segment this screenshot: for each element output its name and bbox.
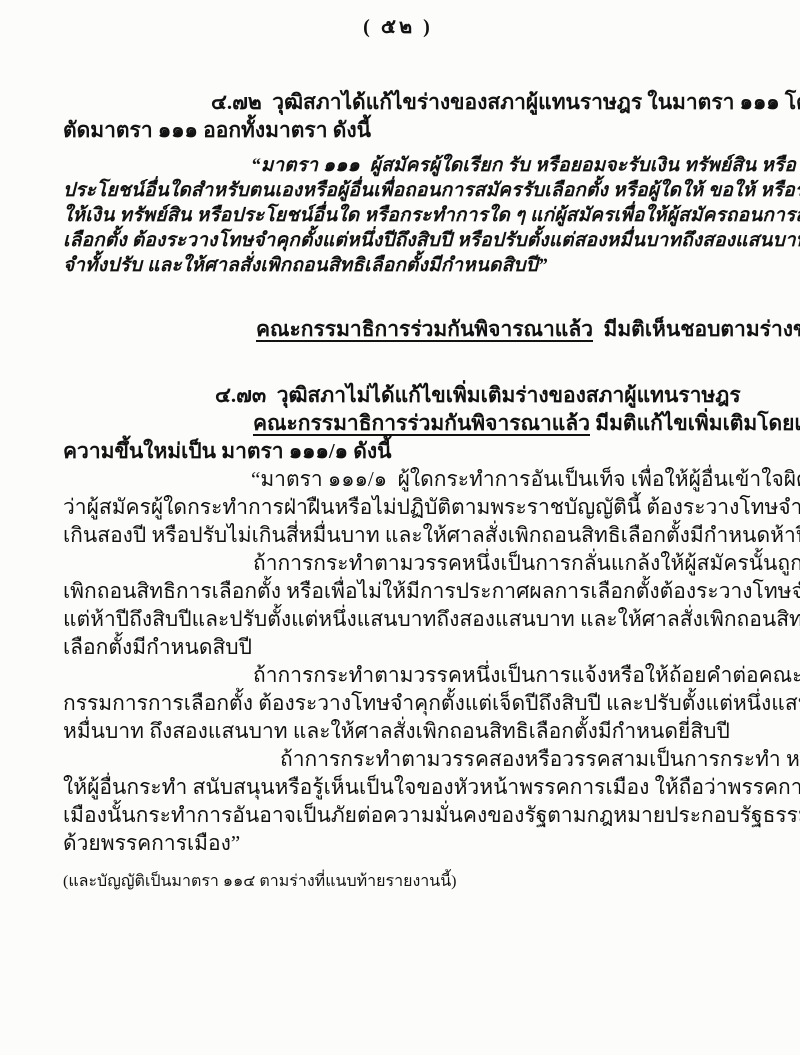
text-line: ด้วยพรรคการเมือง” — [63, 829, 743, 857]
para-473-heading: ๔.๗๓ วุฒิสภาไม่ได้แก้ไขเพิ่มเติมร่างของส… — [63, 381, 743, 465]
text-line: เกินสองปี หรือปรับไม่เกินสี่หมื่นบาท และ… — [63, 521, 743, 549]
para-472-resolution: คณะกรรมาธิการร่วมกันพิจารณาแล้ว มีมติเห็… — [63, 315, 743, 343]
footnote: (และบัญญัติเป็นมาตรา ๑๑๔ ตามร่างที่แนบท้… — [63, 871, 743, 893]
text-line: ถ้าการกระทำตามวรรคสองหรือวรรคสามเป็นการก… — [63, 745, 743, 773]
text-line: ถ้าการกระทำตามวรรคหนึ่งเป็นการแจ้งหรือให… — [63, 661, 743, 689]
page-number: ( ๕๒ ) — [63, 10, 733, 42]
text-line: “มาตรา ๑๑๑ ผู้สมัครผู้ใดเรียก รับ หรือยอ… — [63, 153, 743, 178]
text-line: หมื่นบาท ถึงสองแสนบาท และให้ศาลสั่งเพิกถ… — [63, 717, 743, 745]
text-line: เลือกตั้งมีกำหนดสิบปี — [63, 633, 743, 661]
text-line: เพิกถอนสิทธิการเลือกตั้ง หรือเพื่อไม่ให้… — [63, 577, 743, 605]
underlined-phrase: คณะกรรมาธิการร่วมกันพิจารณาแล้ว — [256, 317, 593, 341]
text-line: คณะกรรมาธิการร่วมกันพิจารณาแล้ว มีมติเห็… — [63, 315, 743, 343]
text-line: “มาตรา ๑๑๑/๑ ผู้ใดกระทำการอันเป็นเท็จ เพ… — [63, 465, 743, 493]
text-line: กรรมการการเลือกตั้ง ต้องระวางโทษจำคุกตั้… — [63, 689, 743, 717]
underlined-phrase: คณะกรรมาธิการร่วมกันพิจารณาแล้ว — [253, 411, 590, 435]
text-line: ตัดมาตรา ๑๑๑ ออกทั้งมาตรา ดังนี้ — [63, 116, 743, 144]
text-line: ๔.๗๓ วุฒิสภาไม่ได้แก้ไขเพิ่มเติมร่างของส… — [63, 381, 743, 409]
para-472-quote: “มาตรา ๑๑๑ ผู้สมัครผู้ใดเรียก รับ หรือยอ… — [63, 153, 743, 278]
phrase: มีมติแก้ไขเพิ่มเติมโดยเพิ่ม — [590, 411, 800, 435]
text-line: ประโยชน์อื่นใดสำหรับตนเองหรือผู้อื่นเพื่… — [63, 178, 743, 203]
text-line: เลือกตั้ง ต้องระวางโทษจำคุกตั้งแต่หนึ่งป… — [63, 228, 743, 253]
text-line: ให้เงิน ทรัพย์สิน หรือประโยชน์อื่นใด หรื… — [63, 203, 743, 228]
text-line: คณะกรรมาธิการร่วมกันพิจารณาแล้ว มีมติแก้… — [63, 409, 743, 437]
para-472-heading: ๔.๗๒ วุฒิสภาได้แก้ไขร่างของสภาผู้แทนราษฎ… — [63, 88, 743, 144]
document-body: ๔.๗๒ วุฒิสภาได้แก้ไขร่างของสภาผู้แทนราษฎ… — [63, 88, 743, 893]
text-line: ให้ผู้อื่นกระทำ สนับสนุนหรือรู้เห็นเป็นใ… — [63, 773, 743, 801]
text-line: ความขึ้นใหม่เป็น มาตรา ๑๑๑/๑ ดังนี้ — [63, 437, 743, 465]
text-line: เมืองนั้นกระทำการอันอาจเป็นภัยต่อความมั่… — [63, 801, 743, 829]
para-111-1: “มาตรา ๑๑๑/๑ ผู้ใดกระทำการอันเป็นเท็จ เพ… — [63, 465, 743, 857]
text-line: ว่าผู้สมัครผู้ใดกระทำการฝ่าฝืนหรือไม่ปฏิ… — [63, 493, 743, 521]
scanned-document-page: ( ๕๒ ) ๔.๗๒ วุฒิสภาได้แก้ไขร่างของสภาผู้… — [0, 0, 800, 1055]
text-line: ๔.๗๒ วุฒิสภาได้แก้ไขร่างของสภาผู้แทนราษฎ… — [63, 88, 743, 116]
phrase: มีมติเห็นชอบตามร่างของวุฒิสภา — [593, 317, 800, 341]
text-line: แต่ห้าปีถึงสิบปีและปรับตั้งแต่หนึ่งแสนบา… — [63, 605, 743, 633]
text-line: ถ้าการกระทำตามวรรคหนึ่งเป็นการกลั่นแกล้ง… — [63, 549, 743, 577]
text-line: จำทั้งปรับ และให้ศาลสั่งเพิกถอนสิทธิเลือ… — [63, 253, 743, 278]
text-line: (และบัญญัติเป็นมาตรา ๑๑๔ ตามร่างที่แนบท้… — [63, 871, 743, 893]
